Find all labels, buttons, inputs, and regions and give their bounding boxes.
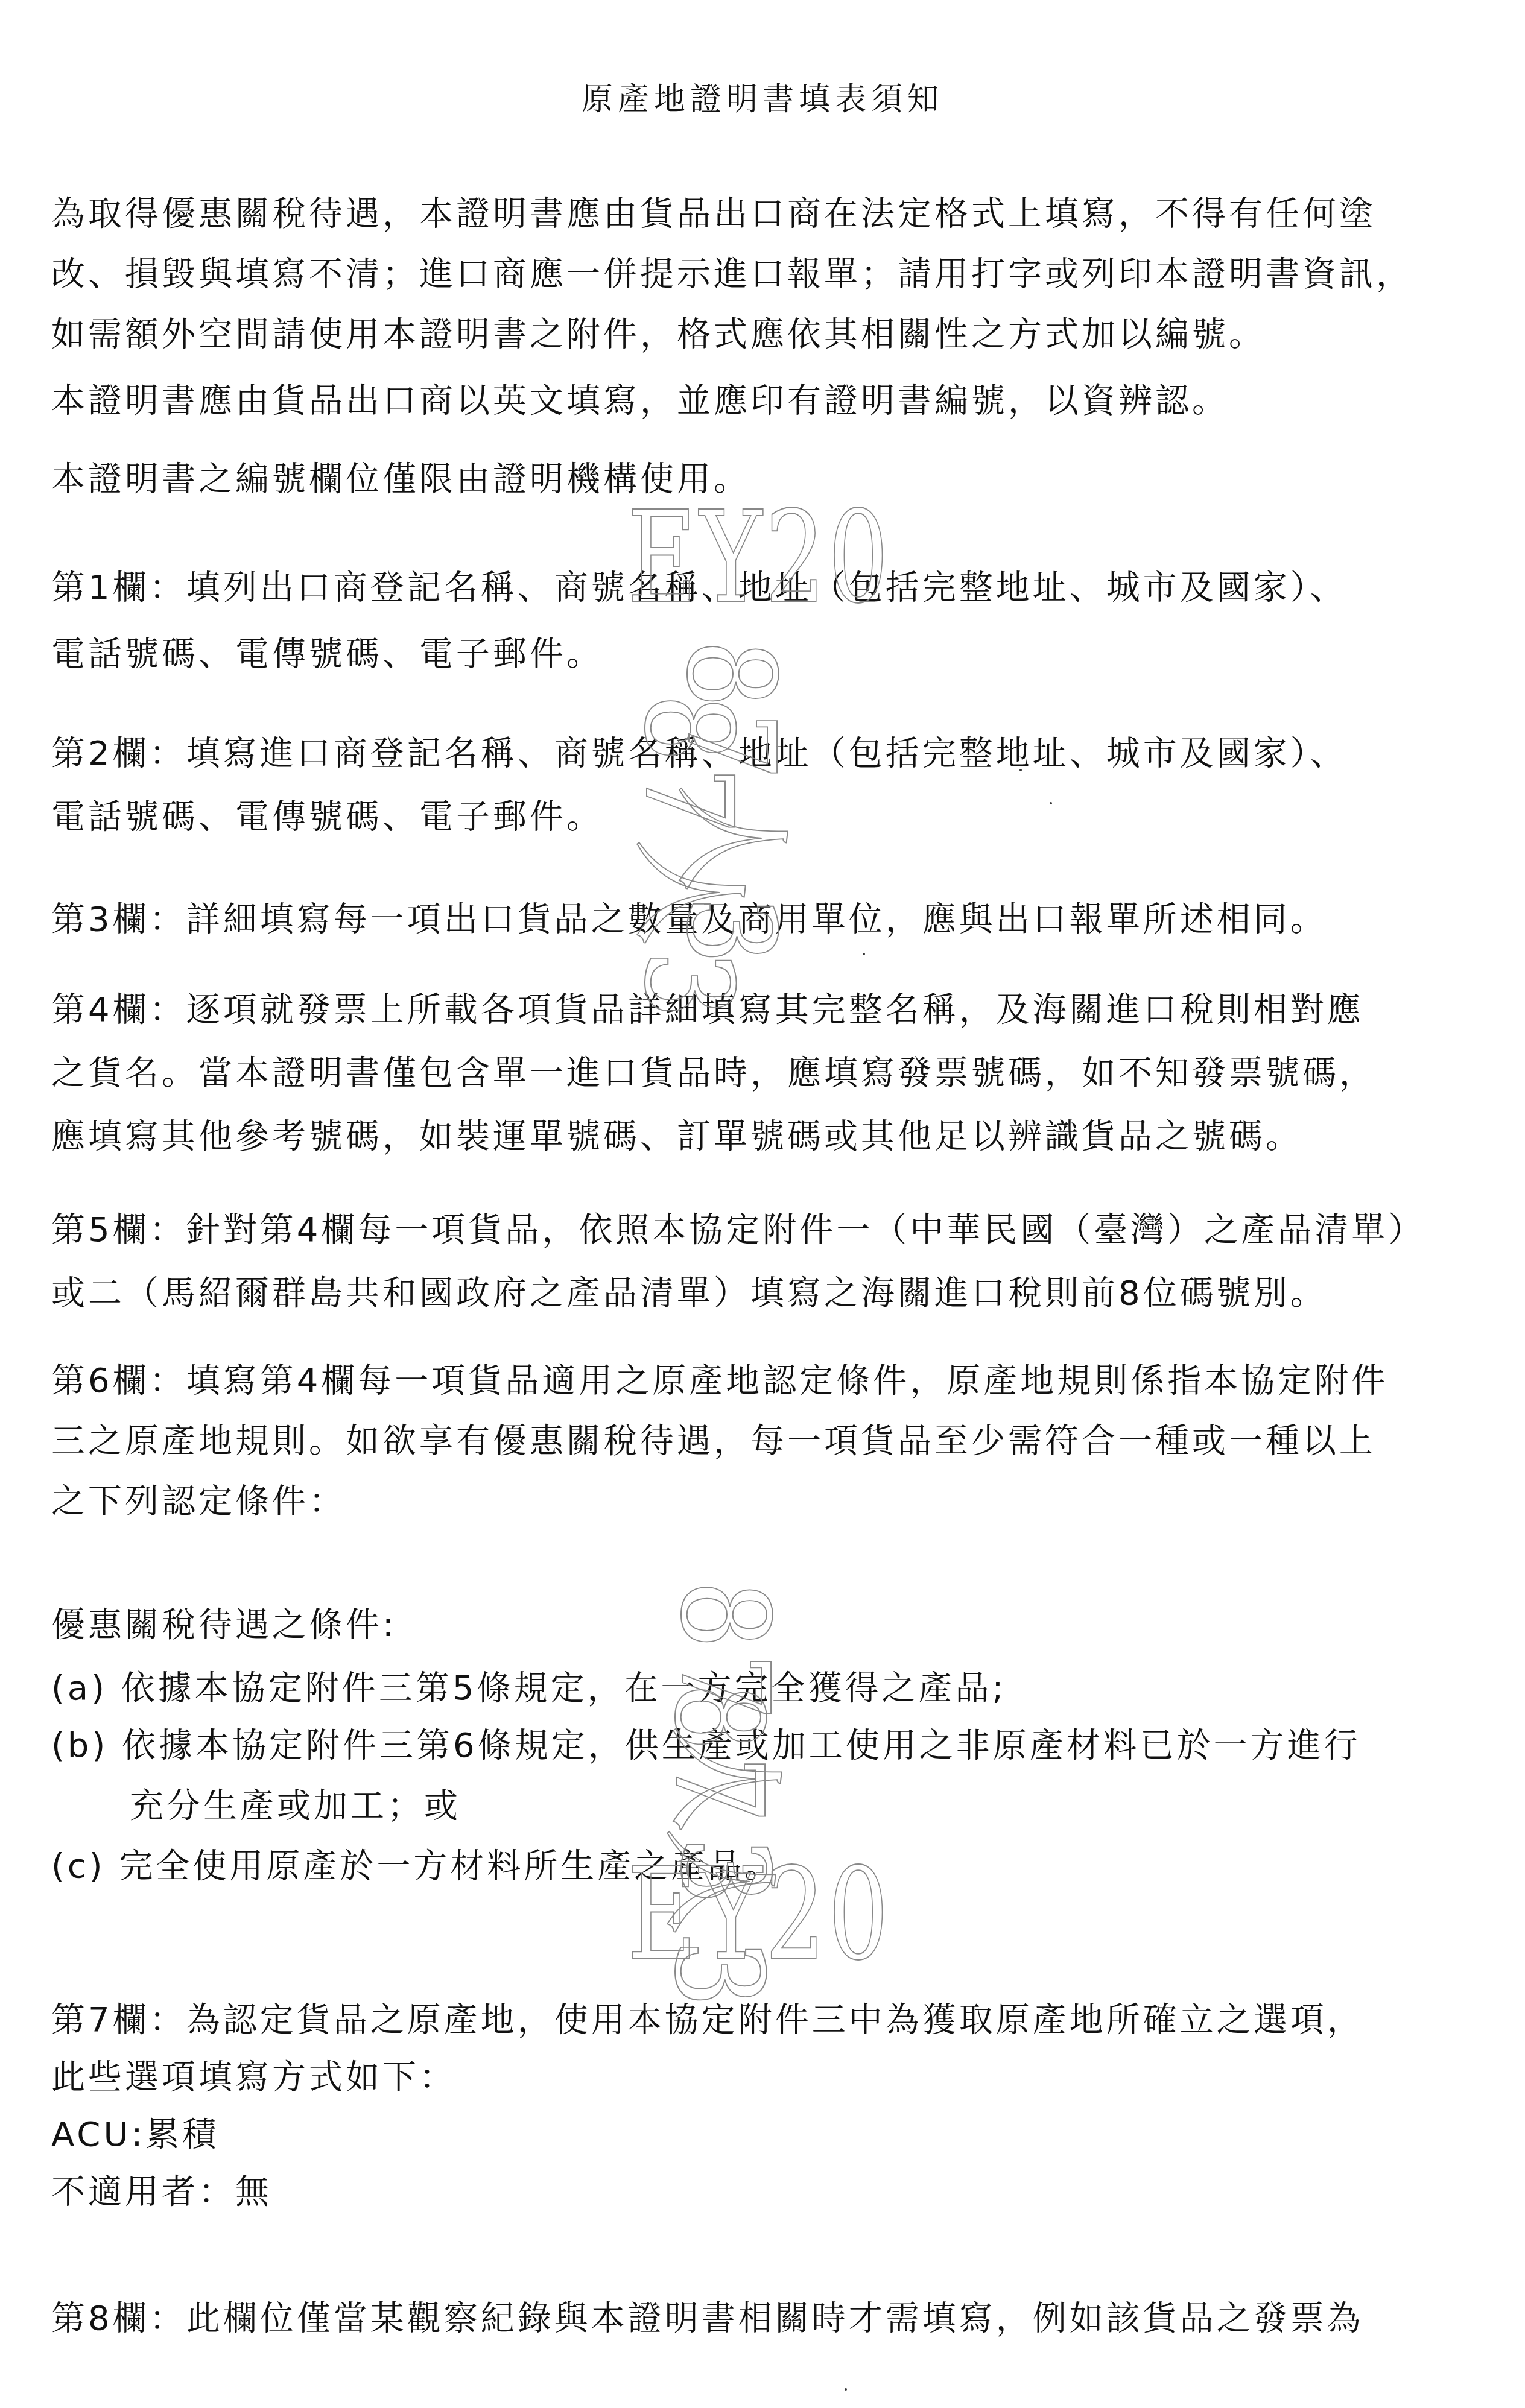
document-page: 原產地證明書填表須知 為取得優惠關稅待遇，本證明書應由貨品出口商在法定格式上填寫… [0, 0, 1525, 2408]
field-1-line-2: 電話號碼、電傳號碼、電子郵件。 [51, 633, 603, 675]
field-6-line-1: 第6欄：填寫第4欄每一項貨品適用之原產地認定條件，原產地規則係指本協定附件 [51, 1360, 1388, 1402]
intro-line-2: 改、損毀與填寫不清；進口商應一併提示進口報單；請用打字或列印本證明書資訊， [51, 253, 1413, 295]
stamp-code-top-2: 87人3 [627, 694, 748, 1022]
scan-speck [1019, 769, 1022, 771]
field-6-line-3: 之下列認定條件： [51, 1481, 346, 1523]
condition-a: (a) 依據本協定附件三第5條規定，在一方完全獲得之產品; [51, 1667, 1006, 1710]
intro-line-3: 如需額外空間請使用本證明書之附件，格式應依其相關性之方式加以編號。 [51, 314, 1266, 356]
field-8-line-1: 第8欄：此欄位僅當某觀察紀錄與本證明書相關時才需填寫，例如該貨品之發票為 [51, 2298, 1364, 2340]
page-title: 原產地證明書填表須知 [0, 78, 1525, 121]
intro-line-1: 為取得優惠關稅待遇，本證明書應由貨品出口商在法定格式上填寫，不得有任何塗 [51, 193, 1376, 235]
conditions-heading: 優惠關稅待遇之條件: [51, 1604, 397, 1646]
field-7-option-acu: ACU:累積 [51, 2114, 219, 2156]
stamp-ey20-bottom: EY20 [627, 1851, 891, 1978]
condition-a-marker: (a) [51, 1669, 107, 1708]
field-5-line-2: 或二（馬紹爾群島共和國政府之產品清單）填寫之海關進口稅則前8位碼號別。 [51, 1272, 1327, 1315]
condition-c-marker: (c) [51, 1847, 105, 1886]
field-5-line-1: 第5欄：針對第4欄每一項貨品，依照本協定附件一（中華民國（臺灣）之產品清單） [51, 1209, 1425, 1251]
field-2-line-2: 電話號碼、電傳號碼、電子郵件。 [51, 796, 603, 838]
field-7-line-2: 此些選項填寫方式如下： [51, 2056, 456, 2099]
field-4-line-2: 之貨名。當本證明書僅包含單一進口貨品時，應填寫發票號碼，如不知發票號碼， [51, 1052, 1376, 1095]
scan-speck [863, 953, 865, 955]
intro-line-4: 本證明書應由貨品出口商以英文填寫，並應印有證明書編號，以資辨認。 [51, 380, 1229, 422]
condition-a-text: 依據本協定附件三第5條規定，在一方完全獲得之產品; [121, 1669, 1007, 1708]
stamp-ey20-top: EY20 [627, 495, 891, 621]
field-4-line-3: 應填寫其他參考號碼，如裝運單號碼、訂單號碼或其他足以辨識貨品之號碼。 [51, 1116, 1302, 1158]
scan-speck [1050, 802, 1052, 804]
condition-b-marker: (b) [51, 1726, 108, 1765]
condition-b-continuation: 充分生產或加工；或 [130, 1785, 461, 1827]
field-7-option-na: 不適用者：無 [51, 2171, 272, 2213]
scan-speck [845, 2388, 847, 2391]
field-6-line-2: 三之原產地規則。如欲享有優惠關稅待遇，每一項貨品至少需符合一種或一種以上 [51, 1420, 1376, 1462]
